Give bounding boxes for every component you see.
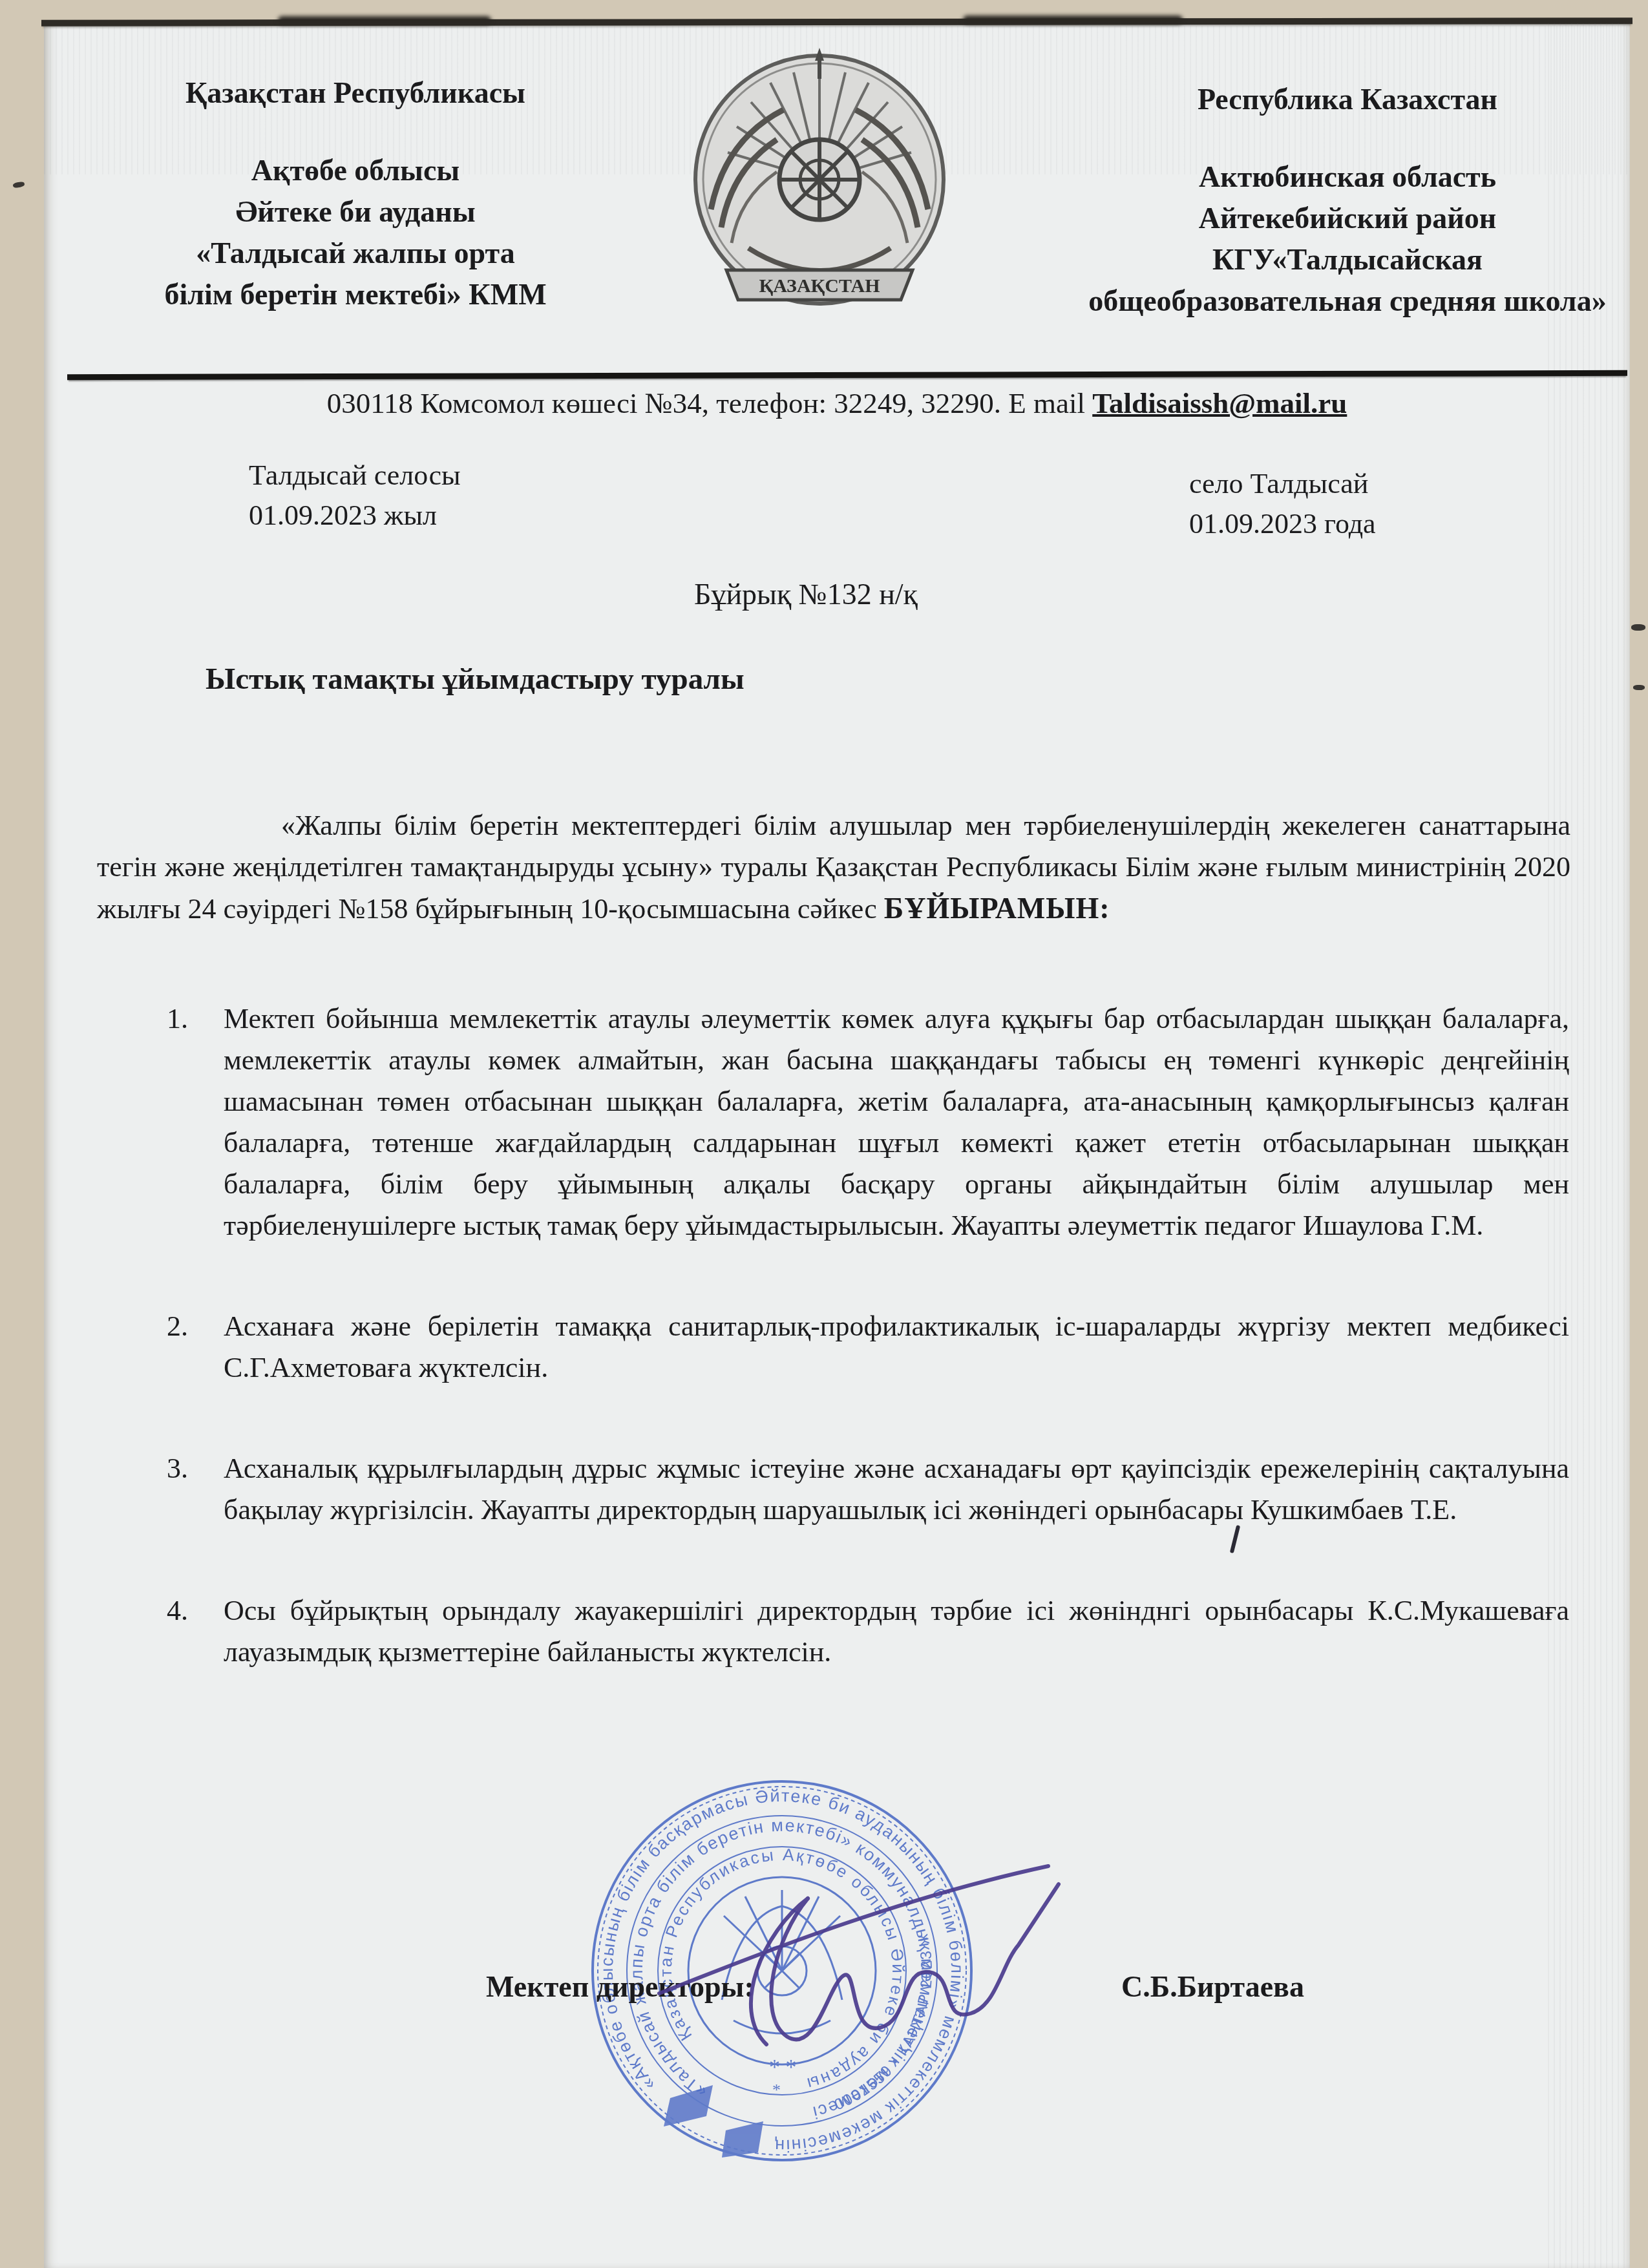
org-line: Әйтеке би ауданы	[84, 191, 627, 233]
address-text: 030118 Комсомол көшесі №34, телефон: 322…	[327, 387, 1093, 419]
order-item-1: 1. Мектеп бойынша мемлекеттік атаулы әле…	[167, 998, 1569, 1246]
org-line: «Талдысай жалпы орта	[84, 233, 627, 274]
item-text: Асханалық құрылғылардың дұрыс жұмыс істе…	[224, 1453, 1569, 1526]
org-line: Ақтөбе облысы	[84, 150, 627, 191]
scan-smudge	[963, 16, 1183, 24]
item-text: Асханаға және берілетін тамаққа санитарл…	[224, 1310, 1569, 1383]
emblem-banner-text: ҚАЗАҚСТАН	[759, 275, 880, 297]
item-text: Мектеп бойынша мемлекеттік атаулы әлеуме…	[224, 1003, 1569, 1241]
order-subject: Ыстық тамақты ұйымдастыру туралы	[206, 662, 745, 697]
email-link: Taldisaissh@mail.ru	[1092, 387, 1347, 419]
edge-speck	[12, 181, 25, 188]
org-country-ru: Республика Казахстан	[1053, 79, 1642, 120]
org-line: общеобразовательная средняя школа»	[1053, 280, 1642, 322]
org-line: Актюбинская область	[1053, 156, 1642, 198]
edge-speck	[1633, 685, 1645, 690]
handwritten-signature	[614, 1822, 1131, 2097]
order-intro: «Жалпы білім беретін мектептердегі білім…	[97, 805, 1570, 930]
edge-speck	[1631, 624, 1645, 631]
org-line: КГУ«Талдысайская	[1053, 239, 1642, 280]
order-item-4: 4. Осы бұйрықтың орындалу жауакершілігі …	[167, 1590, 1569, 1673]
org-block-russian: Республика Казахстан Актюбинская область…	[1053, 79, 1642, 322]
item-text: Осы бұйрықтың орындалу жауакершілігі дир…	[224, 1595, 1569, 1668]
scanned-document-page: Қазақстан Республикасы Ақтөбе облысы Әйт…	[0, 0, 1648, 2268]
place-kk: Талдысай селосы	[249, 456, 461, 496]
scan-smudge	[278, 16, 491, 25]
org-block-kazakh: Қазақстан Республикасы Ақтөбе облысы Әйт…	[84, 72, 627, 315]
date-ru: 01.09.2023 года	[1189, 504, 1376, 544]
item-number: 1.	[167, 998, 188, 1040]
dateline-russian: село Талдысай 01.09.2023 года	[1189, 464, 1376, 544]
item-number: 4.	[167, 1590, 188, 1632]
kazakhstan-coat-of-arms: ҚАЗАҚСТАН	[686, 43, 953, 328]
order-number: Бұйрық №132 н/қ	[0, 577, 1630, 611]
intro-keyword: БҰЙЫРАМЫН:	[884, 892, 1110, 925]
dateline-kazakh: Талдысай селосы 01.09.2023 жыл	[249, 456, 461, 536]
address-line: 030118 Комсомол көшесі №34, телефон: 322…	[44, 386, 1630, 420]
org-line: Айтекебийский район	[1053, 198, 1642, 239]
order-item-2: 2. Асханаға және берілетін тамаққа санит…	[167, 1306, 1569, 1389]
place-ru: село Талдысай	[1189, 464, 1376, 504]
order-item-3: 3. Асханалық құрылғылардың дұрыс жұмыс і…	[167, 1448, 1569, 1531]
director-name: С.Б.Биртаева	[1121, 1969, 1304, 2004]
item-number: 3.	[167, 1448, 188, 1489]
date-kk: 01.09.2023 жыл	[249, 496, 461, 536]
org-line: білім беретін мектебі» КММ	[84, 274, 627, 315]
order-items: 1. Мектеп бойынша мемлекеттік атаулы әле…	[167, 998, 1569, 1673]
org-country-kk: Қазақстан Республикасы	[84, 72, 627, 114]
item-number: 2.	[167, 1306, 188, 1347]
intro-text: «Жалпы білім беретін мектептердегі білім…	[97, 810, 1570, 925]
